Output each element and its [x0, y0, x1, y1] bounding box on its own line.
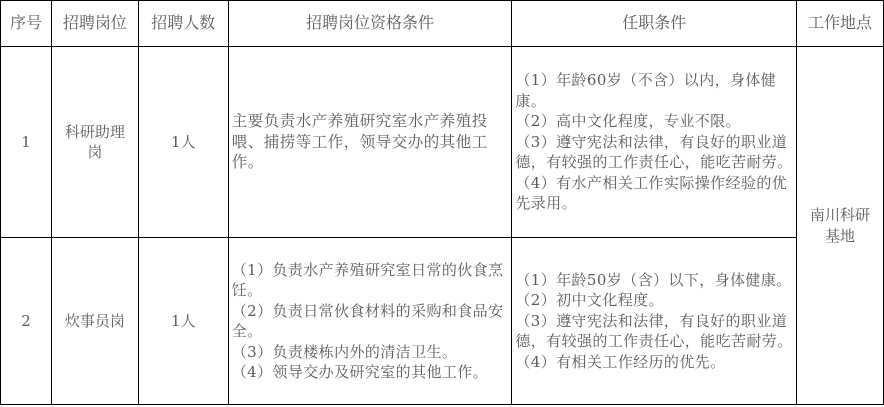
- requirement-item: （4）有水产相关工作实际操作经验的优先录用。: [515, 173, 794, 214]
- requirement-item: （1）年龄60岁（不含）以内，身体健康。: [515, 70, 794, 111]
- header-count: 招聘人数: [138, 1, 228, 47]
- table-row: 2 炊事员岗 1人 （1）负责水产养殖研究室日常的伙食烹饪。 （2）负责日常伙食…: [1, 238, 884, 405]
- requirement-item: （3）遵守宪法和法律，有良好的职业道德，有较强的工作责任心，能吃苦耐劳。: [515, 132, 794, 173]
- header-position: 招聘岗位: [51, 1, 138, 47]
- row-count: 1人: [138, 238, 228, 405]
- row-index: 1: [1, 47, 52, 238]
- table-row: 1 科研助理岗 1人 主要负责水产养殖研究室水产养殖投喂、捕捞等工作，领导交办的…: [1, 47, 884, 238]
- recruitment-table: 序号 招聘岗位 招聘人数 招聘岗位资格条件 任职条件 工作地点 1 科研助理岗 …: [0, 0, 884, 405]
- requirement-item: （2）初中文化程度。: [515, 290, 794, 311]
- row-position: 炊事员岗: [51, 238, 138, 405]
- requirement-item: （1）年龄50岁（含）以下，身体健康。: [515, 270, 794, 291]
- duty-item: （4）领导交办及研究室的其他工作。: [232, 362, 510, 383]
- row-index: 2: [1, 238, 52, 405]
- header-location: 工作地点: [797, 1, 884, 47]
- row-requirements: （1）年龄60岁（不含）以内，身体健康。 （2）高中文化程度，专业不限。 （3）…: [512, 47, 797, 238]
- header-index: 序号: [1, 1, 52, 47]
- duty-item: 主要负责水产养殖研究室水产养殖投喂、捕捞等工作，领导交办的其他工作。: [232, 111, 510, 173]
- header-row: 序号 招聘岗位 招聘人数 招聘岗位资格条件 任职条件 工作地点: [1, 1, 884, 47]
- position-label: 科研助理岗: [65, 123, 125, 162]
- duty-item: （1）负责水产养殖研究室日常的伙食烹饪。: [232, 260, 510, 301]
- duty-item: （3）负责楼栋内外的清洁卫生。: [232, 342, 510, 363]
- row-count: 1人: [138, 47, 228, 238]
- location-label: 南川科研基地: [810, 206, 870, 245]
- requirement-item: （2）高中文化程度，专业不限。: [515, 111, 794, 132]
- row-position: 科研助理岗: [51, 47, 138, 238]
- row-duties: （1）负责水产养殖研究室日常的伙食烹饪。 （2）负责日常伙食材料的采购和食品安全…: [228, 238, 512, 405]
- row-requirements: （1）年龄50岁（含）以下，身体健康。 （2）初中文化程度。 （3）遵守宪法和法…: [512, 238, 797, 405]
- requirement-item: （3）遵守宪法和法律，有良好的职业道德，有较强的工作责任心，能吃苦耐劳。: [515, 311, 794, 352]
- row-duties: 主要负责水产养殖研究室水产养殖投喂、捕捞等工作，领导交办的其他工作。: [228, 47, 512, 238]
- row-location: 南川科研基地: [797, 47, 884, 405]
- duty-item: （2）负责日常伙食材料的采购和食品安全。: [232, 301, 510, 342]
- requirement-item: （4）有相关工作经历的优先。: [515, 352, 794, 373]
- header-duties: 招聘岗位资格条件: [228, 1, 512, 47]
- header-requirements: 任职条件: [512, 1, 797, 47]
